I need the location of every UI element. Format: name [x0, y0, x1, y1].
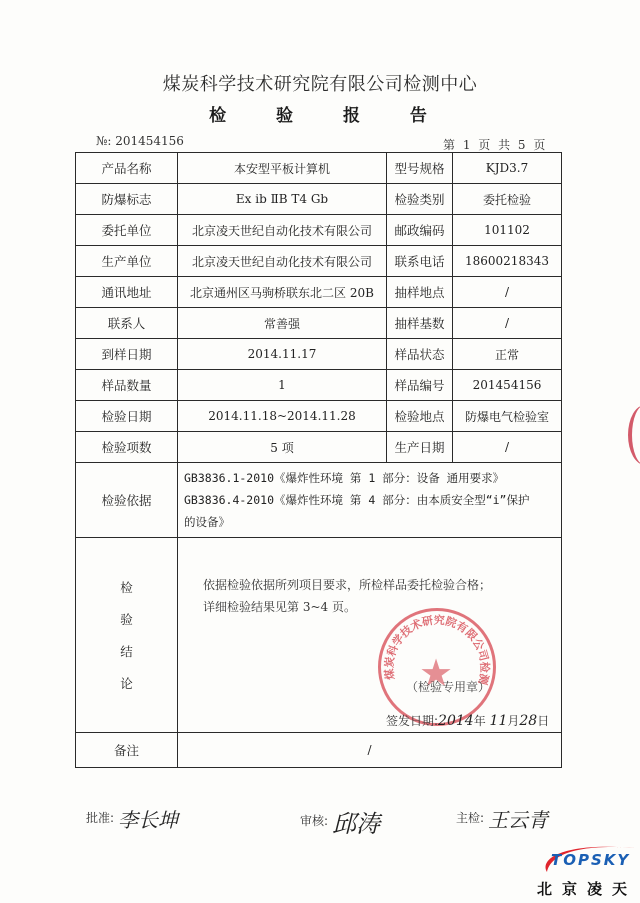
seal-inner-text: （检验专用章） [406, 678, 490, 695]
field-value: 北京通州区马驹桥联东北二区 20B [178, 277, 387, 308]
field-value: / [453, 432, 562, 463]
field-label: 样品状态 [387, 339, 453, 370]
page-info: 第 1 页 共 5 页 [443, 136, 547, 153]
field-label: 抽样基数 [387, 308, 453, 339]
basis-line: GB3836.1-2010《爆炸性环境 第 1 部分：设备 通用要求》 [184, 467, 555, 489]
basis-row: 检验依据 GB3836.1-2010《爆炸性环境 第 1 部分：设备 通用要求》… [76, 463, 562, 538]
inspector-signature: 主检:王云青 [456, 804, 548, 833]
signature-row: 批准:李长坤 审核:邱涛 主检:王云青 [0, 790, 640, 840]
issue-date: 签发日期:2014年 11月28日 [386, 712, 549, 729]
conclusion-row: 检 验 结 论 依据检验依据所列项目要求，所检样品委托检验合格； 详细检验结果见… [76, 538, 562, 733]
remarks-row: 备注 / [76, 733, 562, 768]
conclusion-label: 检 验 结 论 [76, 538, 178, 733]
field-label: 到样日期 [76, 339, 178, 370]
organization-title: 煤炭科学技术研究院有限公司检测中心 [0, 70, 640, 96]
seam-seal-icon [628, 405, 640, 465]
field-value: 18600218343 [453, 246, 562, 277]
field-value: 本安型平板计算机 [178, 153, 387, 184]
report-number: №: 201454156 [96, 134, 184, 148]
info-row: 样品数量1样品编号201454156 [76, 370, 562, 401]
field-value: 北京凌天世纪自动化技术有限公司 [178, 246, 387, 277]
logo-brand: TOPSKY [551, 851, 630, 869]
logo-chinese: 北京凌天 [537, 878, 637, 899]
field-value: / [453, 308, 562, 339]
field-value: 委托检验 [453, 184, 562, 215]
report-title: 检 验 报 告 [0, 101, 640, 126]
info-row: 检验日期2014.11.18~2014.11.28检验地点防爆电气检验室 [76, 401, 562, 432]
official-seal-icon: 煤炭科学技术研究院有限公司检测中心 ★ [378, 608, 496, 726]
report-table: 产品名称本安型平板计算机型号规格KJD3.7防爆标志Ex ib ⅡB T4 Gb… [75, 152, 562, 768]
info-row: 产品名称本安型平板计算机型号规格KJD3.7 [76, 153, 562, 184]
topsky-logo: TOPSKY 北京凌天 [525, 838, 637, 900]
field-value: / [453, 277, 562, 308]
remarks-value: / [178, 733, 562, 768]
field-value: 2014.11.18~2014.11.28 [178, 401, 387, 432]
field-label: 邮政编码 [387, 215, 453, 246]
remarks-label: 备注 [76, 733, 178, 768]
field-label: 产品名称 [76, 153, 178, 184]
field-value: 1 [178, 370, 387, 401]
info-row: 检验项数5 项生产日期/ [76, 432, 562, 463]
basis-line: GB3836.4-2010《爆炸性环境 第 4 部分：由本质安全型“i”保护 [184, 489, 555, 511]
field-label: 检验地点 [387, 401, 453, 432]
info-row: 生产单位北京凌天世纪自动化技术有限公司联系电话18600218343 [76, 246, 562, 277]
field-value: Ex ib ⅡB T4 Gb [178, 184, 387, 215]
basis-line: 的设备》 [184, 511, 555, 533]
field-label: 检验项数 [76, 432, 178, 463]
field-label: 通讯地址 [76, 277, 178, 308]
field-value: 201454156 [453, 370, 562, 401]
info-row: 委托单位北京凌天世纪自动化技术有限公司邮政编码101102 [76, 215, 562, 246]
field-label: 型号规格 [387, 153, 453, 184]
basis-label: 检验依据 [76, 463, 178, 538]
field-label: 生产日期 [387, 432, 453, 463]
field-label: 联系电话 [387, 246, 453, 277]
field-value: 常善强 [178, 308, 387, 339]
info-row: 到样日期2014.11.17样品状态正常 [76, 339, 562, 370]
field-label: 检验类别 [387, 184, 453, 215]
info-row: 联系人常善强抽样基数/ [76, 308, 562, 339]
field-value: 2014.11.17 [178, 339, 387, 370]
field-value: 5 项 [178, 432, 387, 463]
field-label: 生产单位 [76, 246, 178, 277]
reviewer-signature: 审核:邱涛 [300, 804, 380, 839]
field-value: 正常 [453, 339, 562, 370]
field-label: 样品数量 [76, 370, 178, 401]
field-label: 检验日期 [76, 401, 178, 432]
field-value: KJD3.7 [453, 153, 562, 184]
approver-signature: 批准:李长坤 [86, 804, 178, 833]
field-value: 防爆电气检验室 [453, 401, 562, 432]
field-label: 联系人 [76, 308, 178, 339]
basis-content: GB3836.1-2010《爆炸性环境 第 1 部分：设备 通用要求》 GB38… [178, 463, 562, 538]
info-row: 防爆标志Ex ib ⅡB T4 Gb检验类别委托检验 [76, 184, 562, 215]
field-label: 抽样地点 [387, 277, 453, 308]
conclusion-content: 依据检验依据所列项目要求，所检样品委托检验合格； 详细检验结果见第 3~4 页。… [178, 538, 562, 733]
field-value: 101102 [453, 215, 562, 246]
field-label: 防爆标志 [76, 184, 178, 215]
field-label: 样品编号 [387, 370, 453, 401]
field-label: 委托单位 [76, 215, 178, 246]
field-value: 北京凌天世纪自动化技术有限公司 [178, 215, 387, 246]
info-row: 通讯地址北京通州区马驹桥联东北二区 20B抽样地点/ [76, 277, 562, 308]
